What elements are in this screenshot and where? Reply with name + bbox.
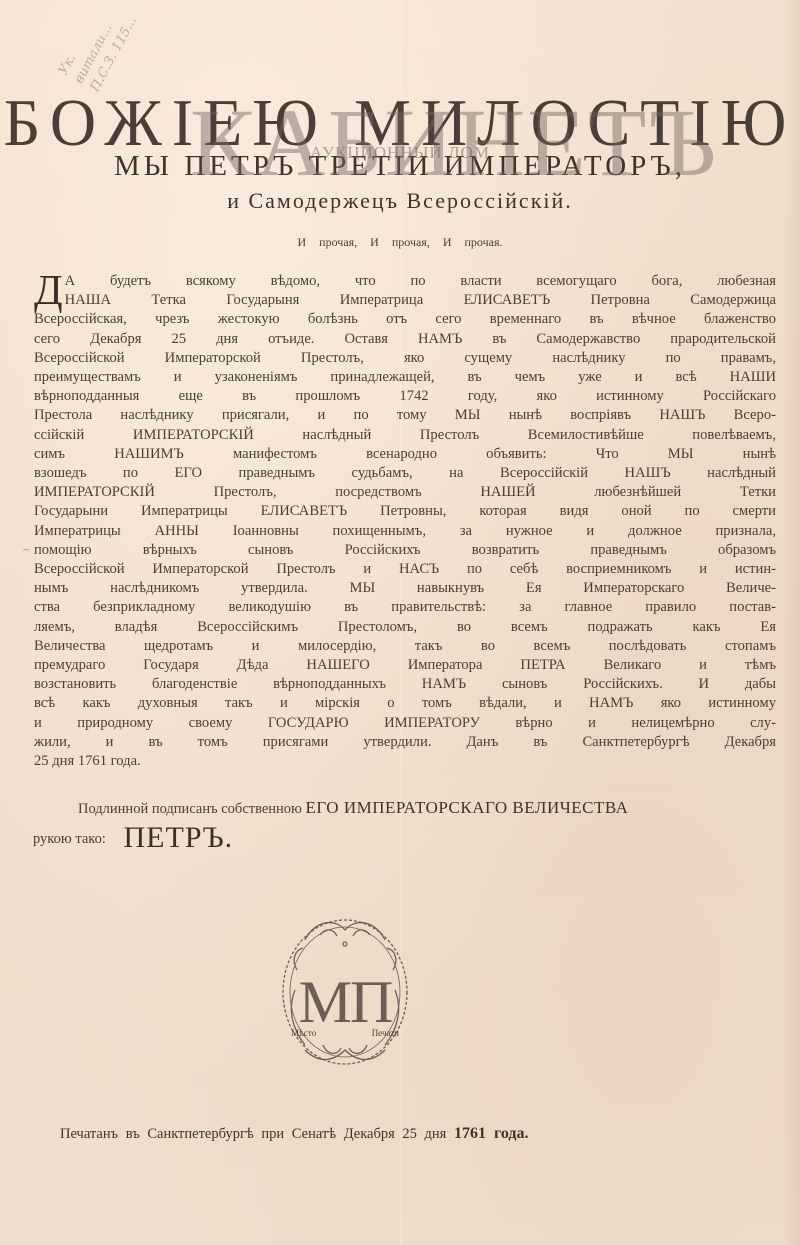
body-line: ИМПЕРАТОРСКІЙ Престолъ, посредствомъ НАШ…: [34, 483, 776, 502]
printer-imprint: Печатанъ въ Санктпетербургѣ при Сенатѣ Д…: [60, 1125, 760, 1143]
signature-title: ЕГО ИМПЕРАТОРСКАГО ВЕЛИЧЕСТВА: [306, 798, 629, 817]
signature-hand-prefix: рукою тако:: [33, 831, 106, 847]
signature-name: ПЕТРЪ.: [124, 821, 234, 854]
body-line: сего Декабря 25 дня отъиде. Оставя НАМЪ …: [34, 330, 776, 349]
body-line: жили, и въ томъ присягами утвердили. Дан…: [34, 733, 776, 752]
title-line-2: МЫ ПЕТРЪ ТРЕТІИ ИМПЕРАТОРЪ,: [0, 150, 800, 183]
body-line: Престола наслѣднику присягали, и по тому…: [34, 406, 776, 425]
body-line: премудраго Государя Дѣда НАШЕГО Императо…: [34, 656, 776, 675]
seal-caption-left: Мѣсто: [291, 1028, 316, 1038]
imprint-text: Печатанъ въ Санктпетербургѣ при Сенатѣ Д…: [60, 1126, 446, 1142]
seal-emblem: МП Мѣсто Печати: [275, 900, 415, 1075]
body-line: НАША Тетка Государыня Императрица ЕЛИСАВ…: [34, 291, 776, 310]
body-line: Императрицы АННЫ Іоанновны похищеннымъ, …: [34, 522, 776, 541]
body-line: А будетъ всякому вѣдомо, что по власти в…: [34, 272, 776, 291]
seal-caption-right: Печати: [372, 1028, 399, 1038]
paper-edge: [782, 0, 800, 1245]
title-line-3: и Самодержецъ Всероссійскій.: [0, 188, 800, 214]
body-line: ства безприкладному великодушію въ прави…: [34, 598, 776, 617]
body-line: Величества щедротамъ и милосердію, такъ …: [34, 637, 776, 656]
signature-line-2: рукою тако: ПЕТРЪ.: [33, 821, 233, 855]
body-line: возстановить благоденствіе вѣрноподданны…: [34, 675, 776, 694]
body-line: симъ НАШИМЪ манифестомъ всенародно объяв…: [34, 445, 776, 464]
body-line: вѣрноподданныя еще въ прошломъ 1742 году…: [34, 387, 776, 406]
imprint-year: 1761 года.: [454, 1125, 529, 1142]
body-line: Государыни Императрицы ЕЛИСАВЕТЪ Петровн…: [34, 502, 776, 521]
body-line: всѣ какъ духовныя такъ и мірскія о томъ …: [34, 694, 776, 713]
drop-cap: Д: [34, 274, 63, 308]
body-line: и природному своему ГОСУДАРЮ ИМПЕРАТОРУ …: [34, 714, 776, 733]
seal-caption: Мѣсто Печати: [291, 1028, 399, 1038]
body-line: Всероссійская, чрезъ жестокую болѣзнь от…: [34, 310, 776, 329]
body-line: ляемъ, владѣя Всероссійскимъ Престоломъ,…: [34, 618, 776, 637]
margin-mark: ~: [22, 545, 30, 556]
signature-line-1: Подлинной подписанъ собственною ЕГО ИМПЕ…: [78, 798, 778, 818]
etc-line: И прочая, И прочая, И прочая.: [0, 235, 800, 250]
body-line: Всероссійской Императорской Престолъ и Н…: [34, 560, 776, 579]
body-line: нымъ наслѣдникомъ утвердила. МЫ навыкнув…: [34, 579, 776, 598]
body-line: 25 дня 1761 года.: [34, 752, 776, 771]
body-line: ссійскій ИМПЕРАТОРСКІЙ наслѣдный Престол…: [34, 426, 776, 445]
body-line: Всероссійской Императорской Престолъ, як…: [34, 349, 776, 368]
body-line: помощію вѣрныхъ сыновъ Россійскихъ возвр…: [34, 541, 776, 560]
manifesto-body: Д А будетъ всякому вѣдомо, что по власти…: [34, 272, 776, 771]
signature-prefix: Подлинной подписанъ собственною: [78, 801, 302, 817]
body-line: преимуществамъ и узаконеніямъ принадлежа…: [34, 368, 776, 387]
seal-letters: МП: [275, 968, 415, 1037]
body-line: взошедъ по ЕГО праведнымъ судьбамъ, на В…: [34, 464, 776, 483]
